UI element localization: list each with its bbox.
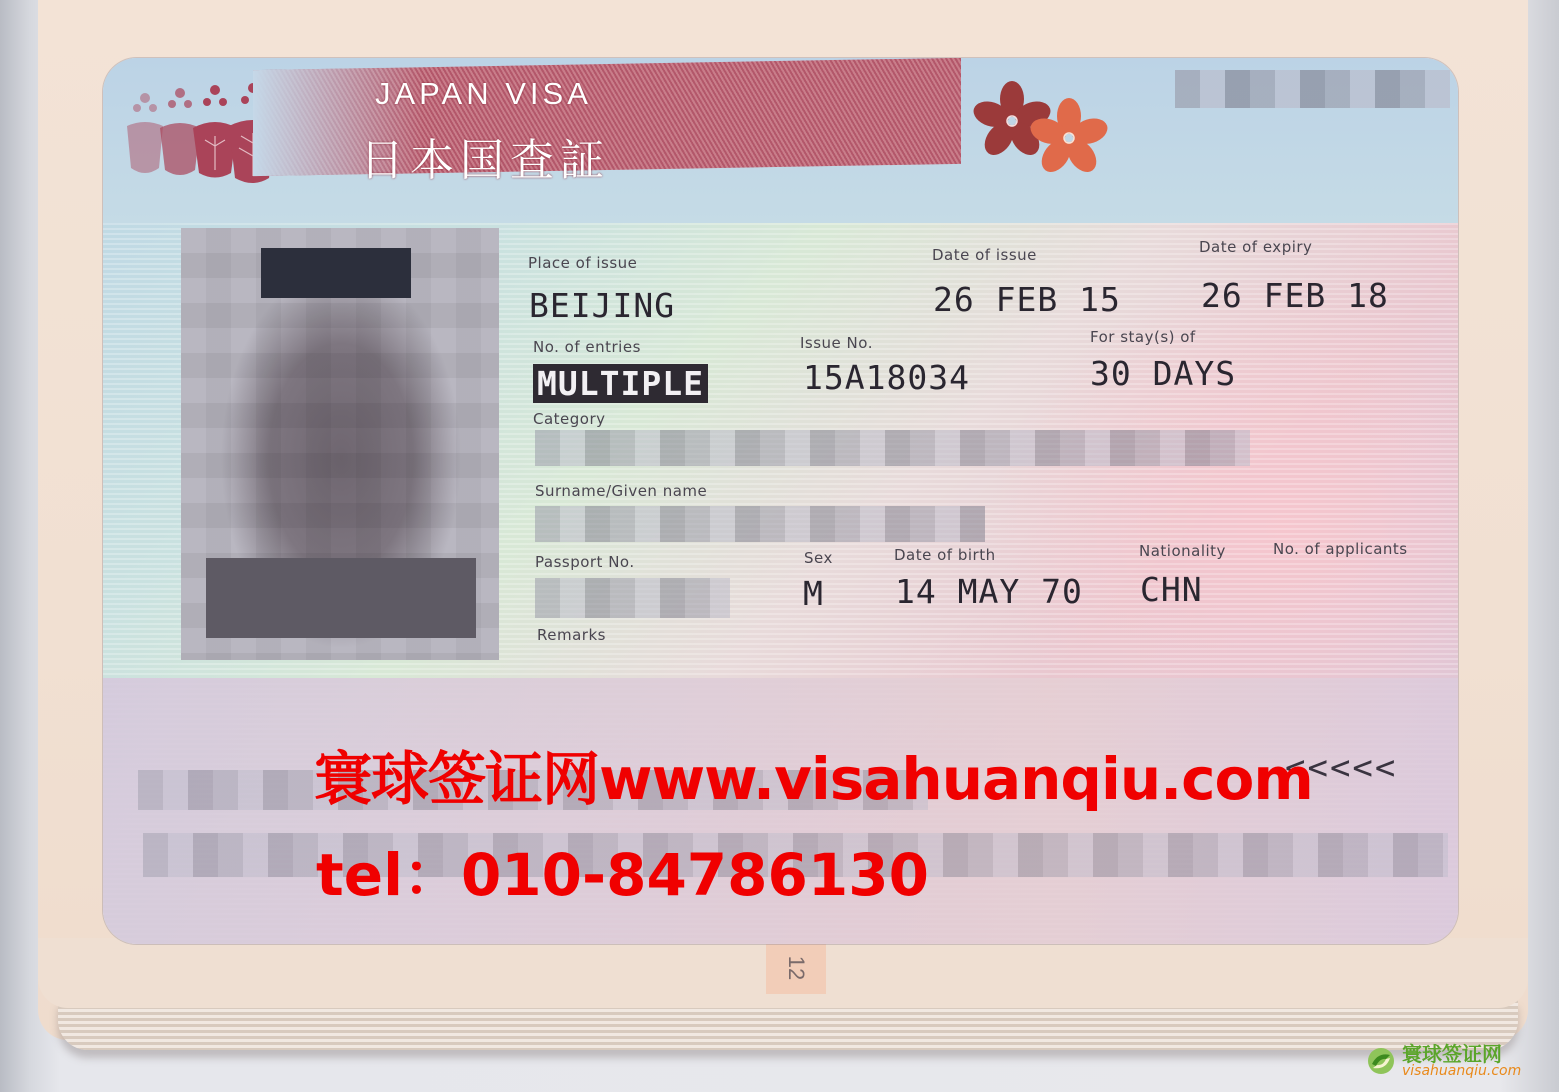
label-remarks: Remarks [537,626,606,644]
label-no-of-applicants: No. of applicants [1273,540,1408,558]
redacted-passport-no [535,578,730,618]
label-surname-given-name: Surname/Given name [535,482,707,500]
value-nationality: CHN [1140,570,1203,609]
label-for-stays-of: For stay(s) of [1090,328,1196,346]
value-no-of-entries: MULTIPLE [533,364,708,403]
logo-name-en: visahuanqiu.com [1402,1064,1521,1078]
value-date-of-expiry: 26 FEB 18 [1201,276,1389,315]
value-sex: M [803,574,824,613]
label-nationality: Nationality [1139,542,1226,560]
cherry-blossom-icon [967,76,1117,186]
label-date-of-birth: Date of birth [894,546,996,564]
label-no-of-entries: No. of entries [533,338,641,356]
page-number-text: 12 [783,956,809,980]
value-date-of-birth: 14 MAY 70 [895,572,1083,611]
label-place-of-issue: Place of issue [528,254,637,272]
redacted-name [535,506,985,542]
page-number: 12 [766,942,826,994]
value-date-of-issue: 26 FEB 15 [933,280,1121,319]
label-passport-no: Passport No. [535,553,635,571]
label-issue-no: Issue No. [800,334,873,352]
label-date-of-issue: Date of issue [932,246,1037,264]
holder-photo-redacted [181,228,499,660]
redacted-visa-number [1175,70,1450,108]
watermark-website: 寰球签证网www.visahuanqiu.com [314,732,1313,816]
label-date-of-expiry: Date of expiry [1199,238,1312,256]
value-issue-no: 15A18034 [803,358,970,397]
visa-title-en: JAPAN VISA [375,76,592,112]
globe-logo-icon [1366,1046,1396,1076]
label-sex: Sex [804,549,833,567]
watermark-phone: tel：010-84786130 [316,828,929,912]
visa-title-ja: 日本国査証 [360,124,610,188]
label-category: Category [533,410,606,428]
value-for-stays-of: 30 DAYS [1090,354,1236,393]
logo-name-cn: 寰球签证网 [1402,1044,1521,1064]
redacted-category [535,430,1250,466]
value-place-of-issue: BEIJING [529,286,675,325]
visahuanqiu-logo: 寰球签证网 visahuanqiu.com [1366,1044,1521,1078]
